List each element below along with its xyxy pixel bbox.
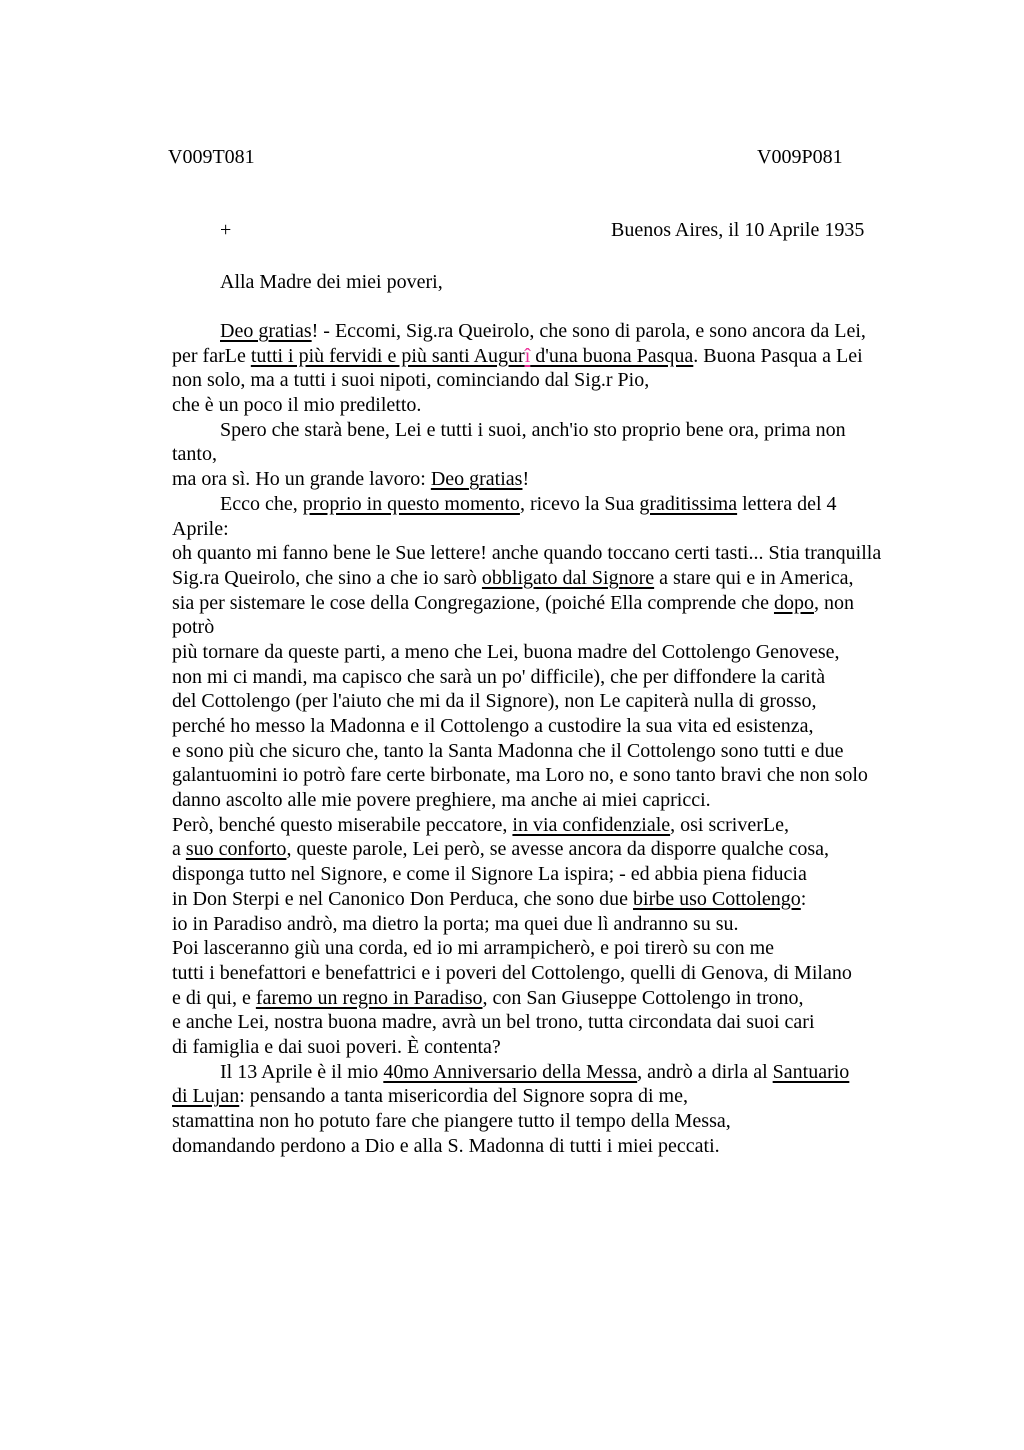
text: Poi lasceranno giù una corda, ed io mi a… xyxy=(172,937,774,959)
text: non solo, ma a tutti i suoi nipoti, comi… xyxy=(172,369,649,391)
text: perché ho messo la Madonna e il Cottolen… xyxy=(172,715,813,737)
text: ! - Eccomi, Sig.ra Queirolo, che sono di… xyxy=(312,320,866,342)
letter-line: non solo, ma a tutti i suoi nipoti, comi… xyxy=(172,368,932,393)
text: tutti i benefattori e benefattrici e i p… xyxy=(172,962,852,984)
text: galantuomini io potrò fare certe birbona… xyxy=(172,764,868,786)
letter-line: Deo gratias! - Eccomi, Sig.ra Queirolo, … xyxy=(172,319,932,344)
letter-line: Il 13 Aprile è il mio 40mo Anniversario … xyxy=(172,1060,932,1085)
underlined-text: dopo xyxy=(774,592,814,614)
text: , con San Giuseppe Cottolengo in trono, xyxy=(482,987,803,1009)
underlined-text: Deo gratias xyxy=(431,468,523,490)
text: . Buona Pasqua a Lei xyxy=(693,345,862,367)
text: : xyxy=(801,888,807,910)
text: domandando perdono a Dio e alla S. Madon… xyxy=(172,1135,720,1157)
text: , queste parole, Lei però, se avesse anc… xyxy=(286,838,829,860)
text: e di qui, e xyxy=(172,987,256,1009)
letter-line: in Don Sterpi e nel Canonico Don Perduca… xyxy=(172,887,932,912)
letter-line: per farLe tutti i più fervidi e più sant… xyxy=(172,344,932,369)
text: del Cottolengo (per l'aiuto che mi da il… xyxy=(172,690,817,712)
text: in Don Sterpi e nel Canonico Don Perduca… xyxy=(172,888,633,910)
text: per farLe xyxy=(172,345,251,367)
text: ma ora sì. Ho un grande lavoro: xyxy=(172,468,431,490)
letter-line: io in Paradiso andrò, ma dietro la porta… xyxy=(172,912,932,937)
letter-line: non mi ci mandi, ma capisco che sarà un … xyxy=(172,665,932,690)
underlined-text: d'una buona Pasqua xyxy=(530,345,693,367)
letter-line: tutti i benefattori e benefattrici e i p… xyxy=(172,961,932,986)
text: a xyxy=(172,838,186,860)
text: Ecco che, xyxy=(220,493,303,515)
text: , non xyxy=(814,592,854,614)
underlined-text: 40mo Anniversario della Messa xyxy=(383,1061,637,1083)
text: Però, benché questo miserabile peccatore… xyxy=(172,814,512,836)
document-id-left: V009T081 xyxy=(168,146,255,169)
text: di famiglia e dai suoi poveri. È content… xyxy=(172,1036,501,1058)
letter-line: e anche Lei, nostra buona madre, avrà un… xyxy=(172,1010,932,1035)
text: : pensando a tanta misericordia del Sign… xyxy=(239,1085,688,1107)
text: a stare qui e in America, xyxy=(654,567,853,589)
letter-line: e sono più che sicuro che, tanto la Sant… xyxy=(172,739,932,764)
text: disponga tutto nel Signore, e come il Si… xyxy=(172,863,807,885)
underlined-text: suo conforto xyxy=(186,838,287,860)
text: , ricevo la Sua xyxy=(520,493,639,515)
dateline: Buenos Aires, il 10 Aprile 1935 xyxy=(611,219,864,242)
letter-line: più tornare da queste parti, a meno che … xyxy=(172,640,932,665)
text: stamattina non ho potuto fare che piange… xyxy=(172,1110,731,1132)
text: sia per sistemare le cose della Congrega… xyxy=(172,592,774,614)
letter-line: Sig.ra Queirolo, che sino a che io sarò … xyxy=(172,566,932,591)
underlined-text: obbligato dal Signore xyxy=(482,567,654,589)
letter-line: che è un poco il mio prediletto. xyxy=(172,393,932,418)
cross-mark: + xyxy=(220,219,231,242)
letter-line: a suo conforto, queste parole, Lei però,… xyxy=(172,837,932,862)
letter-line: Spero che starà bene, Lei e tutti i suoi… xyxy=(172,418,932,443)
letter-line: domandando perdono a Dio e alla S. Madon… xyxy=(172,1134,932,1159)
text: io in Paradiso andrò, ma dietro la porta… xyxy=(172,913,739,935)
text: potrò xyxy=(172,616,214,638)
underlined-text: Deo gratias xyxy=(220,320,312,342)
text: , andrò a dirla al xyxy=(637,1061,773,1083)
text: più tornare da queste parti, a meno che … xyxy=(172,641,840,663)
letter-line: stamattina non ho potuto fare che piange… xyxy=(172,1109,932,1134)
text: Il 13 Aprile è il mio xyxy=(220,1061,383,1083)
text: lettera del 4 xyxy=(737,493,836,515)
letter-line: del Cottolengo (per l'aiuto che mi da il… xyxy=(172,689,932,714)
letter-line: di Lujan: pensando a tanta misericordia … xyxy=(172,1084,932,1109)
salutation: Alla Madre dei miei poveri, xyxy=(220,271,443,294)
letter-line: disponga tutto nel Signore, e come il Si… xyxy=(172,862,932,887)
text: ! xyxy=(522,468,529,490)
document-id-right: V009P081 xyxy=(757,146,843,169)
letter-line: galantuomini io potrò fare certe birbona… xyxy=(172,763,932,788)
underlined-text: Santuario xyxy=(773,1061,850,1083)
letter-line: Aprile: xyxy=(172,517,932,542)
text: oh quanto mi fanno bene le Sue lettere! … xyxy=(172,542,881,564)
letter-body: Deo gratias! - Eccomi, Sig.ra Queirolo, … xyxy=(172,319,932,1158)
letter-line: Ecco che, proprio in questo momento, ric… xyxy=(172,492,932,517)
underlined-text: birbe uso Cottolengo xyxy=(633,888,801,910)
underlined-text: graditissima xyxy=(639,493,737,515)
text: Spero che starà bene, Lei e tutti i suoi… xyxy=(220,419,846,441)
letter-line: sia per sistemare le cose della Congrega… xyxy=(172,591,932,616)
underlined-text: in via confidenziale xyxy=(512,814,670,836)
text: non mi ci mandi, ma capisco che sarà un … xyxy=(172,666,825,688)
letter-line: potrò xyxy=(172,615,932,640)
underlined-text: tutti i più fervidi e più santi Augur xyxy=(251,345,525,367)
underlined-text: di Lujan xyxy=(172,1085,239,1107)
text: danno ascolto alle mie povere preghiere,… xyxy=(172,789,711,811)
letter-line: Poi lasceranno giù una corda, ed io mi a… xyxy=(172,936,932,961)
letter-line: tanto, xyxy=(172,442,932,467)
text: tanto, xyxy=(172,443,217,465)
underlined-text: faremo un regno in Paradiso xyxy=(256,987,483,1009)
text: che è un poco il mio prediletto. xyxy=(172,394,421,416)
letter-page: V009T081 V009P081 + Buenos Aires, il 10 … xyxy=(0,0,1024,1450)
letter-line: ma ora sì. Ho un grande lavoro: Deo grat… xyxy=(172,467,932,492)
text: Sig.ra Queirolo, che sino a che io sarò xyxy=(172,567,482,589)
text: , osi scriverLe, xyxy=(670,814,789,836)
letter-line: oh quanto mi fanno bene le Sue lettere! … xyxy=(172,541,932,566)
letter-line: e di qui, e faremo un regno in Paradiso,… xyxy=(172,986,932,1011)
text: e sono più che sicuro che, tanto la Sant… xyxy=(172,740,844,762)
underlined-text: proprio in questo momento xyxy=(303,493,520,515)
letter-line: di famiglia e dai suoi poveri. È content… xyxy=(172,1035,932,1060)
letter-line: danno ascolto alle mie povere preghiere,… xyxy=(172,788,932,813)
letter-line: perché ho messo la Madonna e il Cottolen… xyxy=(172,714,932,739)
text: Aprile: xyxy=(172,518,229,540)
letter-line: Però, benché questo miserabile peccatore… xyxy=(172,813,932,838)
text: e anche Lei, nostra buona madre, avrà un… xyxy=(172,1011,815,1033)
